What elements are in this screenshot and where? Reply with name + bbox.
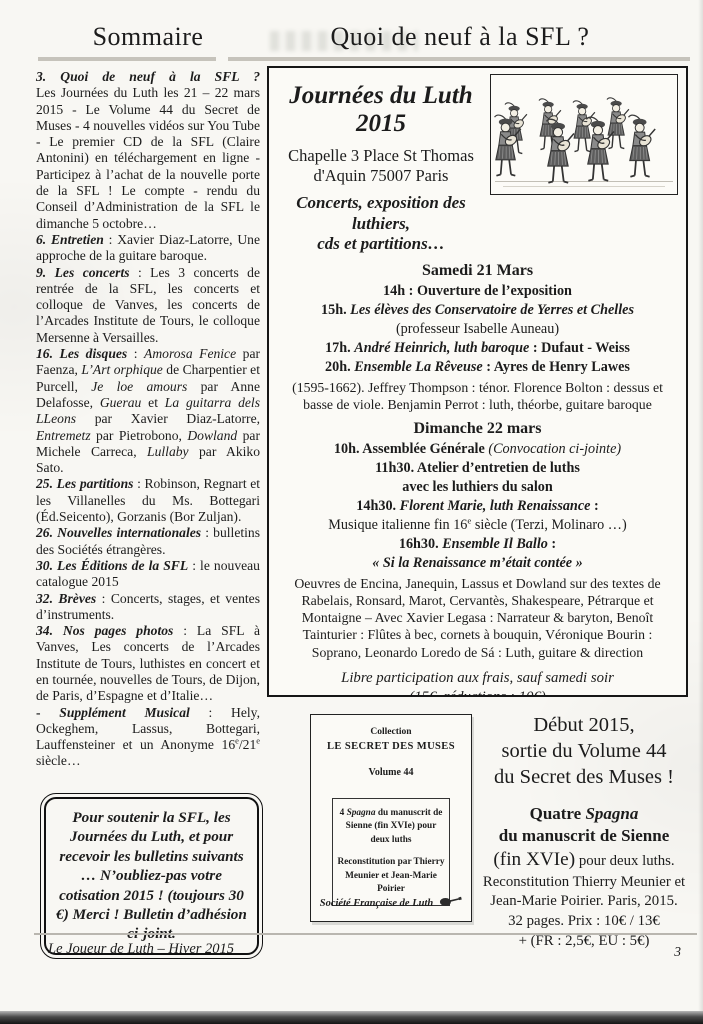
schedule-line: 16h30. Ensemble Il Ballo : [277, 536, 678, 554]
announcement-price: 32 pages. Prix : 10€ / 13€ [470, 912, 698, 932]
cover-inner-box: 4 Spagna du manuscrit de Sienne (fin XVI… [332, 798, 450, 906]
lute-icon [438, 896, 462, 910]
sommaire-item: 34. Nos pages photos : La SFL à Vanves, … [36, 623, 260, 704]
cover-credit: Reconstitution par Thierry Meunier et Je… [337, 856, 445, 896]
announcement-heading: Début 2015, [470, 712, 698, 738]
schedule-line: 15h. Les élèves des Conservatoire de Yer… [277, 302, 678, 320]
schedule-line: (professeur Isabelle Auneau) [277, 321, 678, 339]
schedule-day-heading: Dimanche 22 mars [277, 419, 678, 439]
sommaire-item: 3. Quoi de neuf à la SFL ? Les Journées … [36, 69, 260, 232]
schedule-detail: Oeuvres de Encina, Janequin, Lassus et D… [279, 575, 676, 661]
schedule-line: Musique italienne fin 16e siècle (Terzi,… [277, 517, 678, 535]
schedule-line: 11h30. Atelier d’entretien de luths [277, 460, 678, 478]
participation-note: Libre participation aux frais, sauf same… [277, 669, 678, 688]
footer-rule [34, 933, 697, 935]
page-number: 3 [674, 944, 681, 960]
sommaire-item: 26. Nouvelles internationales : bulletin… [36, 525, 260, 558]
scan-edge-bottom [0, 1011, 703, 1024]
announcement-heading: sortie du Volume 44 [470, 738, 698, 764]
journees-du-luth-box: Journées du Luth 2015 Chapelle 3 Place S… [267, 66, 688, 697]
schedule-line: 10h. Assemblée Générale (Convocation ci-… [277, 441, 678, 459]
announcement-work-title: Quatre Spagna [470, 803, 698, 825]
event-schedule: Samedi 21 Mars 14h : Ouverture de l’expo… [277, 261, 678, 697]
newsletter-page: Sommaire Quoi de neuf à la SFL ? 3. Quoi… [0, 0, 703, 1024]
cover-volume-label: Volume 44 [311, 767, 471, 778]
sommaire-item: - Supplément Musical : Hely, Ockeghem, L… [36, 705, 260, 770]
sommaire-item: 6. Entretien : Xavier Diaz-Latorre, Une … [36, 232, 260, 265]
sommaire-title-rule [38, 57, 216, 61]
event-tagline: Concerts, exposition des luthiers, cds e… [277, 193, 485, 255]
announcement-detail: Jean-Marie Poirier. Paris, 2015. [470, 892, 698, 912]
sommaire-item: 25. Les partitions : Robinson, Regnart e… [36, 476, 260, 525]
schedule-line: avec les luthiers du salon [277, 479, 678, 497]
sommaire-list: 3. Quoi de neuf à la SFL ? Les Journées … [36, 69, 260, 770]
event-title: Journées du Luth 2015 [277, 82, 485, 138]
page-title: Quoi de neuf à la SFL ? [230, 22, 690, 52]
journal-footer: Le Joueur de Luth – Hiver 2015 [48, 941, 234, 958]
announcement-detail: (fin XVIe) pour deux luths. [470, 847, 698, 873]
sommaire-item: 9. Les concerts : Les 3 concerts de rent… [36, 265, 260, 346]
cover-work-title: 4 Spagna du manuscrit de Sienne (fin XVI… [337, 807, 445, 847]
schedule-line: 14h : Ouverture de l’exposition [277, 283, 678, 301]
cover-collection-label: Collection [311, 727, 471, 737]
event-address: Chapelle 3 Place St Thomas d'Aquin 75007… [277, 146, 485, 187]
participation-note: (15€, réductions : 10€) [277, 688, 678, 697]
schedule-line: 17h. André Heinrich, luth baroque : Dufa… [277, 340, 678, 358]
sommaire-item: 30. Les Éditions de la SFL : le nouveau … [36, 558, 260, 591]
event-box-header: Journées du Luth 2015 Chapelle 3 Place S… [277, 72, 678, 255]
secret-des-muses-cover: Collection LE SECRET DES MUSES Volume 44… [310, 714, 472, 922]
sommaire-item: 32. Brèves : Concerts, stages, et ventes… [36, 591, 260, 624]
page-title-rule [228, 57, 690, 61]
announcement-heading: du Secret des Muses ! [470, 764, 698, 790]
membership-reminder-text: Pour soutenir la SFL, les Journées du Lu… [44, 797, 259, 955]
sommaire-title: Sommaire [36, 22, 260, 52]
schedule-line: 14h30. Florent Marie, luth Renaissance : [277, 498, 678, 516]
announcement-detail: Reconstitution Thierry Meunier et [470, 873, 698, 893]
schedule-line: 20h. Ensemble La Rêveuse : Ayres de Henr… [277, 359, 678, 377]
lute-players-engraving [490, 74, 678, 195]
cover-series-title: LE SECRET DES MUSES [311, 741, 471, 752]
volume44-announcement: Début 2015, sortie du Volume 44 du Secre… [470, 712, 698, 952]
cover-publisher: Société Française de Luth [311, 896, 471, 910]
announcement-price: + (FR : 2,5€, EU : 5€) [470, 932, 698, 952]
sommaire-item: 16. Les disques : Amorosa Fenice par Fae… [36, 346, 260, 476]
schedule-day-heading: Samedi 21 Mars [277, 261, 678, 281]
scan-edge-right [698, 0, 703, 1024]
announcement-work-title: du manuscrit de Sienne [470, 825, 698, 847]
sommaire-item-lead: 3. Quoi de neuf à la SFL ? [36, 69, 260, 85]
sommaire-item-body: Les Journées du Luth les 21 – 22 mars 20… [36, 85, 260, 232]
schedule-line: « Si la Renaissance m’était contée » [277, 555, 678, 573]
schedule-detail: (1595-1662). Jeffrey Thompson : ténor. F… [279, 379, 676, 413]
